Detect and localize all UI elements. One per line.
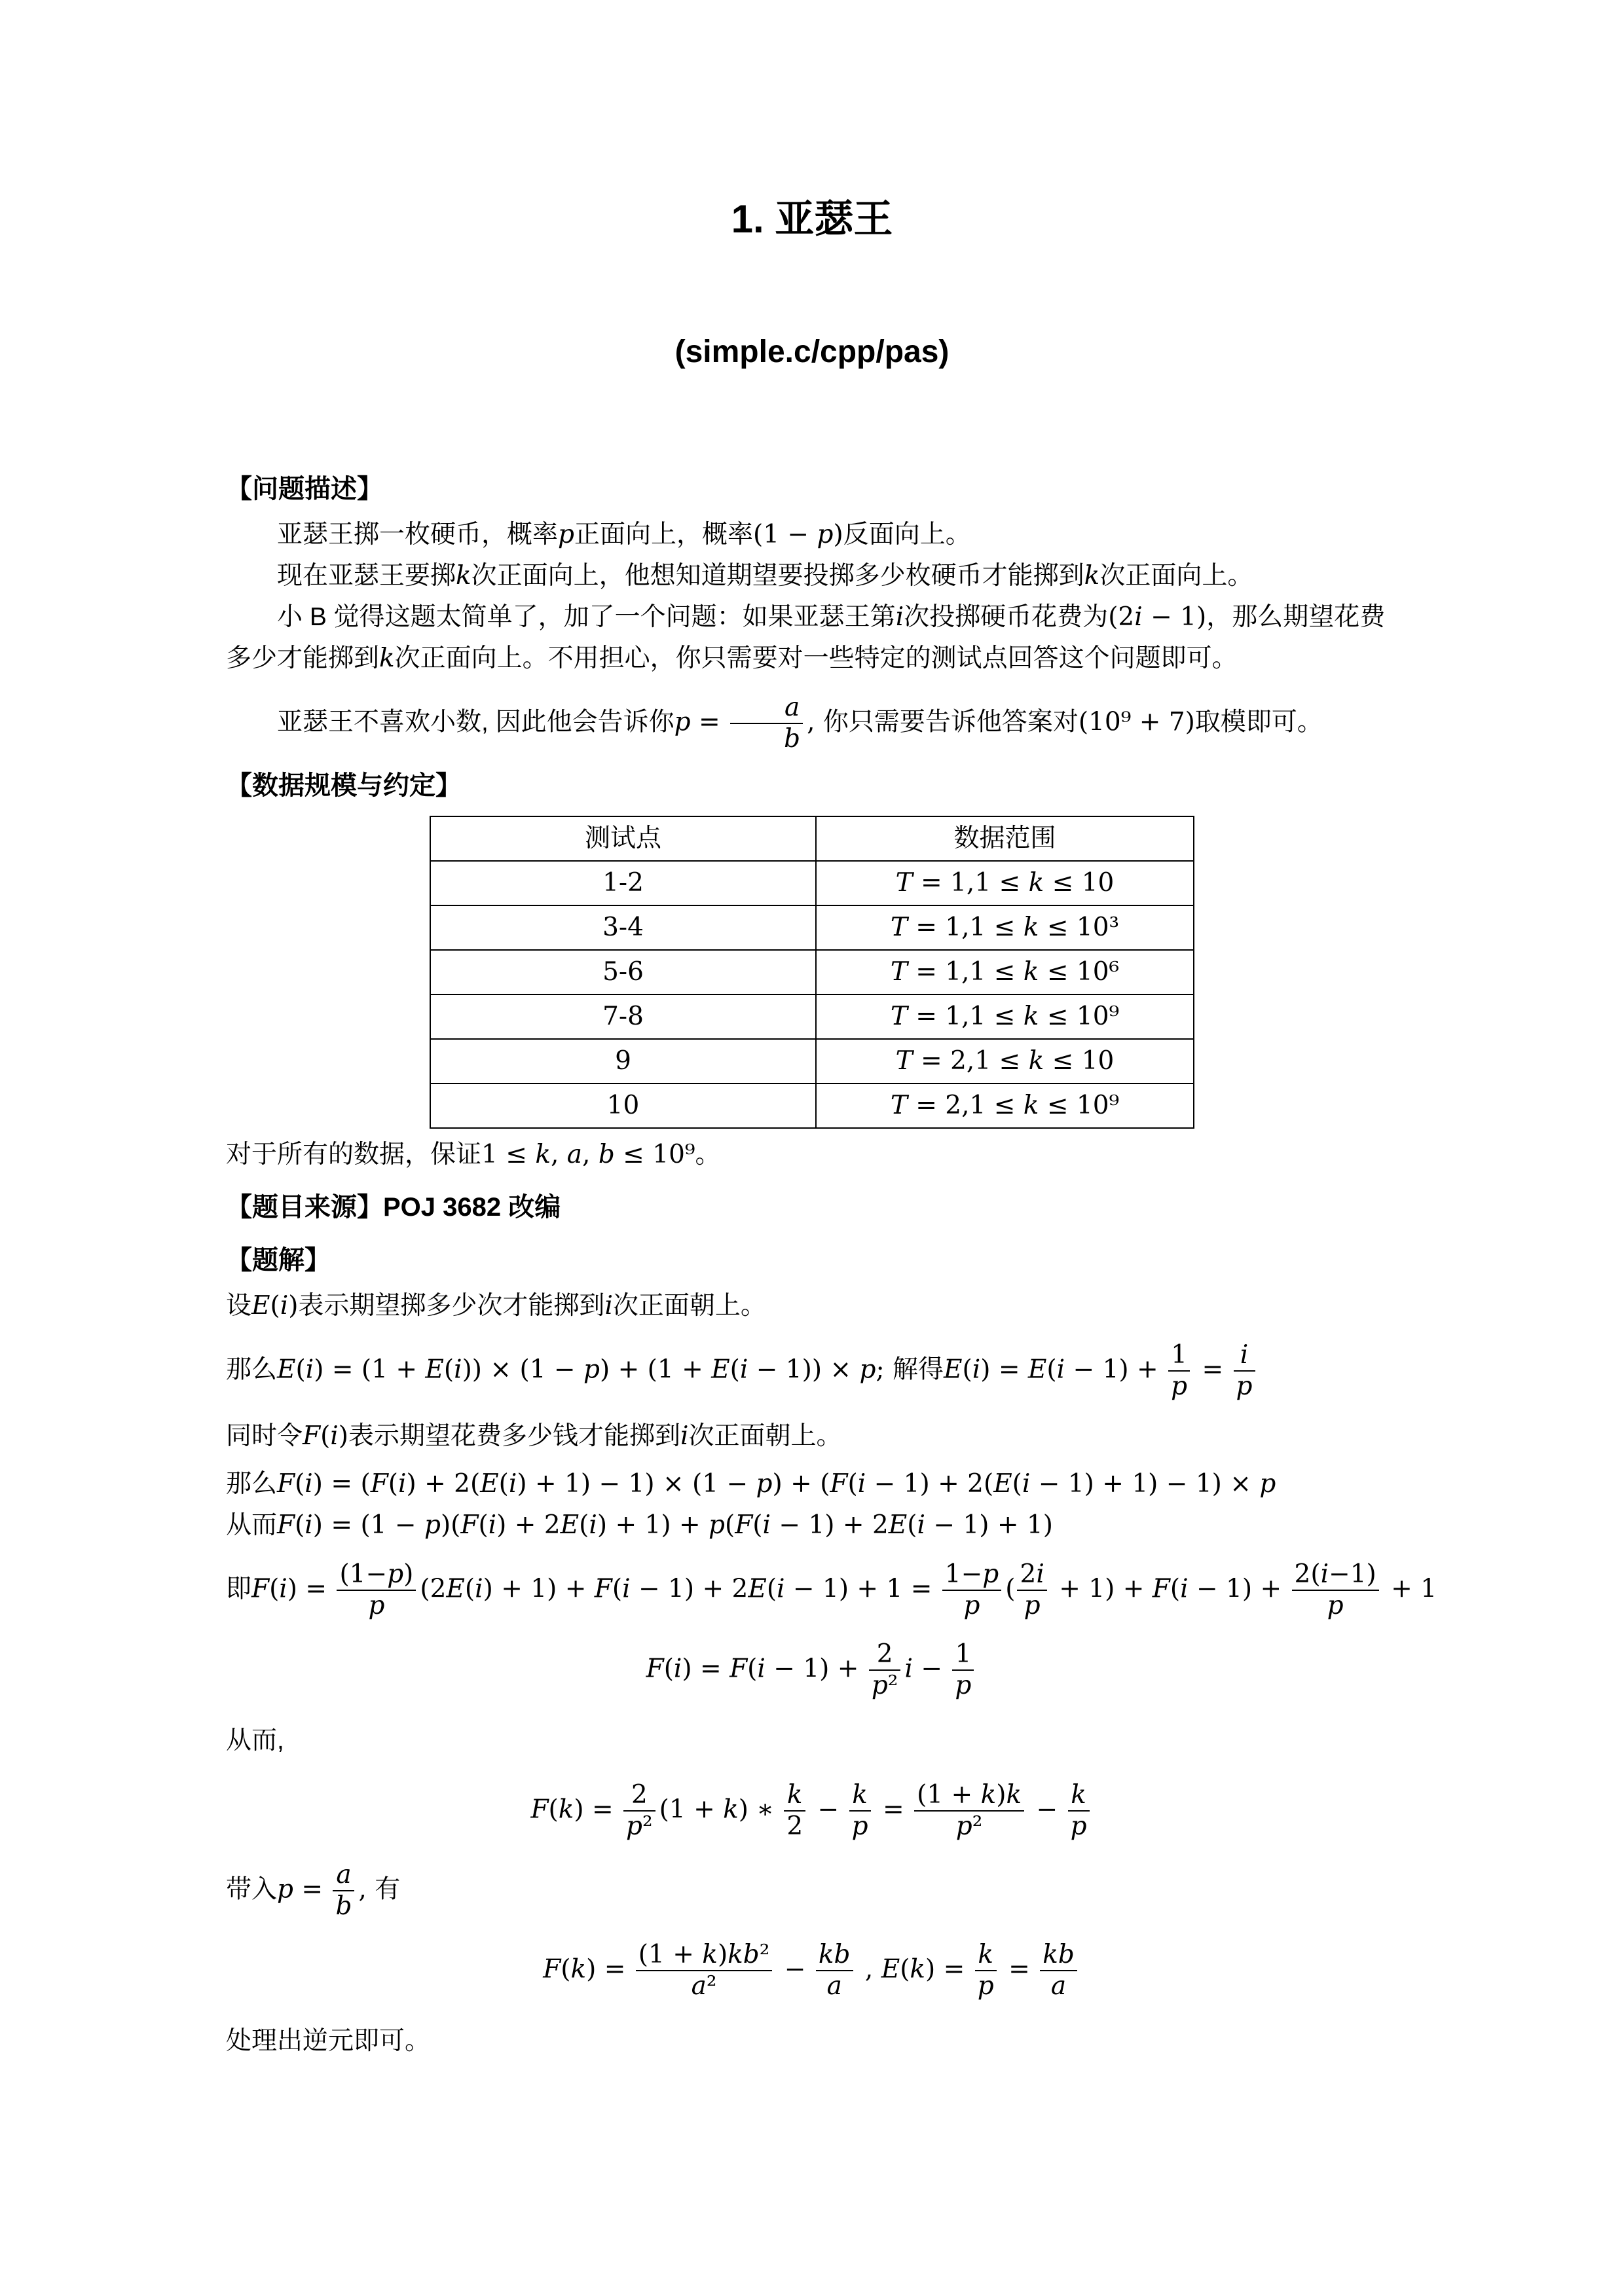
solution-line-1: 设E(i)表示期望掷多少次才能掷到i次正面朝上。 [226, 1285, 1398, 1326]
display-equation-2: F(k) = 2p²(1 + k) ∗ k2 − kp = (1 + k)kp²… [226, 1781, 1398, 1841]
table-row: 3-4 T = 1,1 ≤ k ≤ 10³ [430, 905, 1194, 950]
solution-line-8: 带入p = ab, 有 [226, 1861, 1398, 1921]
tests-cell: 9 [430, 1039, 816, 1084]
tests-cell: 10 [430, 1084, 816, 1128]
range-cell: T = 2,1 ≤ k ≤ 10⁹ [816, 1084, 1194, 1128]
table-header-range: 数据范围 [816, 816, 1194, 861]
page-title: 1. 亚瑟王 [226, 196, 1398, 242]
tests-cell: 5-6 [430, 950, 816, 994]
problem-paragraph-4: 亚瑟王不喜欢小数, 因此他会告诉你p = ab, 你只需要告诉他答案对(10⁹ … [226, 693, 1398, 754]
problem-paragraph-2: 现在亚瑟王要掷k次正面向上，他想知道期望要投掷多少枚硬币才能掷到k次正面向上。 [226, 555, 1398, 596]
tests-cell: 3-4 [430, 905, 816, 950]
table-header-row: 测试点 数据范围 [430, 816, 1194, 861]
problem-paragraph-1: 亚瑟王掷一枚硬币，概率p正面向上，概率(1 − p)反面向上。 [226, 514, 1398, 555]
solution-line-4: 那么F(i) = (F(i) + 2(E(i) + 1) − 1) × (1 −… [226, 1463, 1398, 1504]
solution-line-7: 从而, [226, 1720, 1398, 1761]
range-cell: T = 1,1 ≤ k ≤ 10⁹ [816, 994, 1194, 1039]
page-subtitle: (simple.c/cpp/pas) [226, 334, 1398, 371]
range-cell: T = 1,1 ≤ k ≤ 10³ [816, 905, 1194, 950]
section-heading-problem: 【问题描述】 [226, 469, 1398, 510]
solution-line-9: 处理出逆元即可。 [226, 2020, 1398, 2062]
range-cell: T = 2,1 ≤ k ≤ 10 [816, 1039, 1194, 1084]
document-page: 1. 亚瑟王 (simple.c/cpp/pas) 【问题描述】 亚瑟王掷一枚硬… [0, 0, 1624, 2296]
table-row: 5-6 T = 1,1 ≤ k ≤ 10⁶ [430, 950, 1194, 994]
tests-cell: 7-8 [430, 994, 816, 1039]
table-row: 7-8 T = 1,1 ≤ k ≤ 10⁹ [430, 994, 1194, 1039]
range-cell: T = 1,1 ≤ k ≤ 10 [816, 861, 1194, 905]
section-heading-constraints: 【数据规模与约定】 [226, 765, 1398, 807]
solution-line-2: 那么E(i) = (1 + E(i)) × (1 − p) + (1 + E(i… [226, 1341, 1398, 1401]
solution-line-6: 即F(i) = (1−p)p(2E(i) + 1) + F(i − 1) + 2… [226, 1560, 1398, 1620]
solution-line-5: 从而F(i) = (1 − p)(F(i) + 2E(i) + 1) + p(F… [226, 1504, 1398, 1546]
constraints-table: 测试点 数据范围 1-2 T = 1,1 ≤ k ≤ 10 3-4 T = 1,… [430, 816, 1194, 1129]
table-row: 9 T = 2,1 ≤ k ≤ 10 [430, 1039, 1194, 1084]
constraints-note: 对于所有的数据，保证1 ≤ k, a, b ≤ 10⁹。 [226, 1134, 1398, 1175]
problem-paragraph-3: 小 B 觉得这题太简单了，加了一个问题：如果亚瑟王第i次投掷硬币花费为(2i −… [226, 596, 1398, 679]
solution-line-3: 同时令F(i)表示期望花费多少钱才能掷到i次正面朝上。 [226, 1415, 1398, 1457]
table-row: 10 T = 2,1 ≤ k ≤ 10⁹ [430, 1084, 1194, 1128]
display-equation-3: F(k) = (1 + k)kb²a² − kba , E(k) = kp = … [226, 1941, 1398, 2001]
range-cell: T = 1,1 ≤ k ≤ 10⁶ [816, 950, 1194, 994]
table-row: 1-2 T = 1,1 ≤ k ≤ 10 [430, 861, 1194, 905]
display-equation-1: F(i) = F(i − 1) + 2p²i − 1p [226, 1640, 1398, 1700]
table-header-tests: 测试点 [430, 816, 816, 861]
section-heading-source: 【题目来源】POJ 3682 改编 [226, 1187, 1398, 1228]
tests-cell: 1-2 [430, 861, 816, 905]
section-heading-solution: 【题解】 [226, 1240, 1398, 1281]
